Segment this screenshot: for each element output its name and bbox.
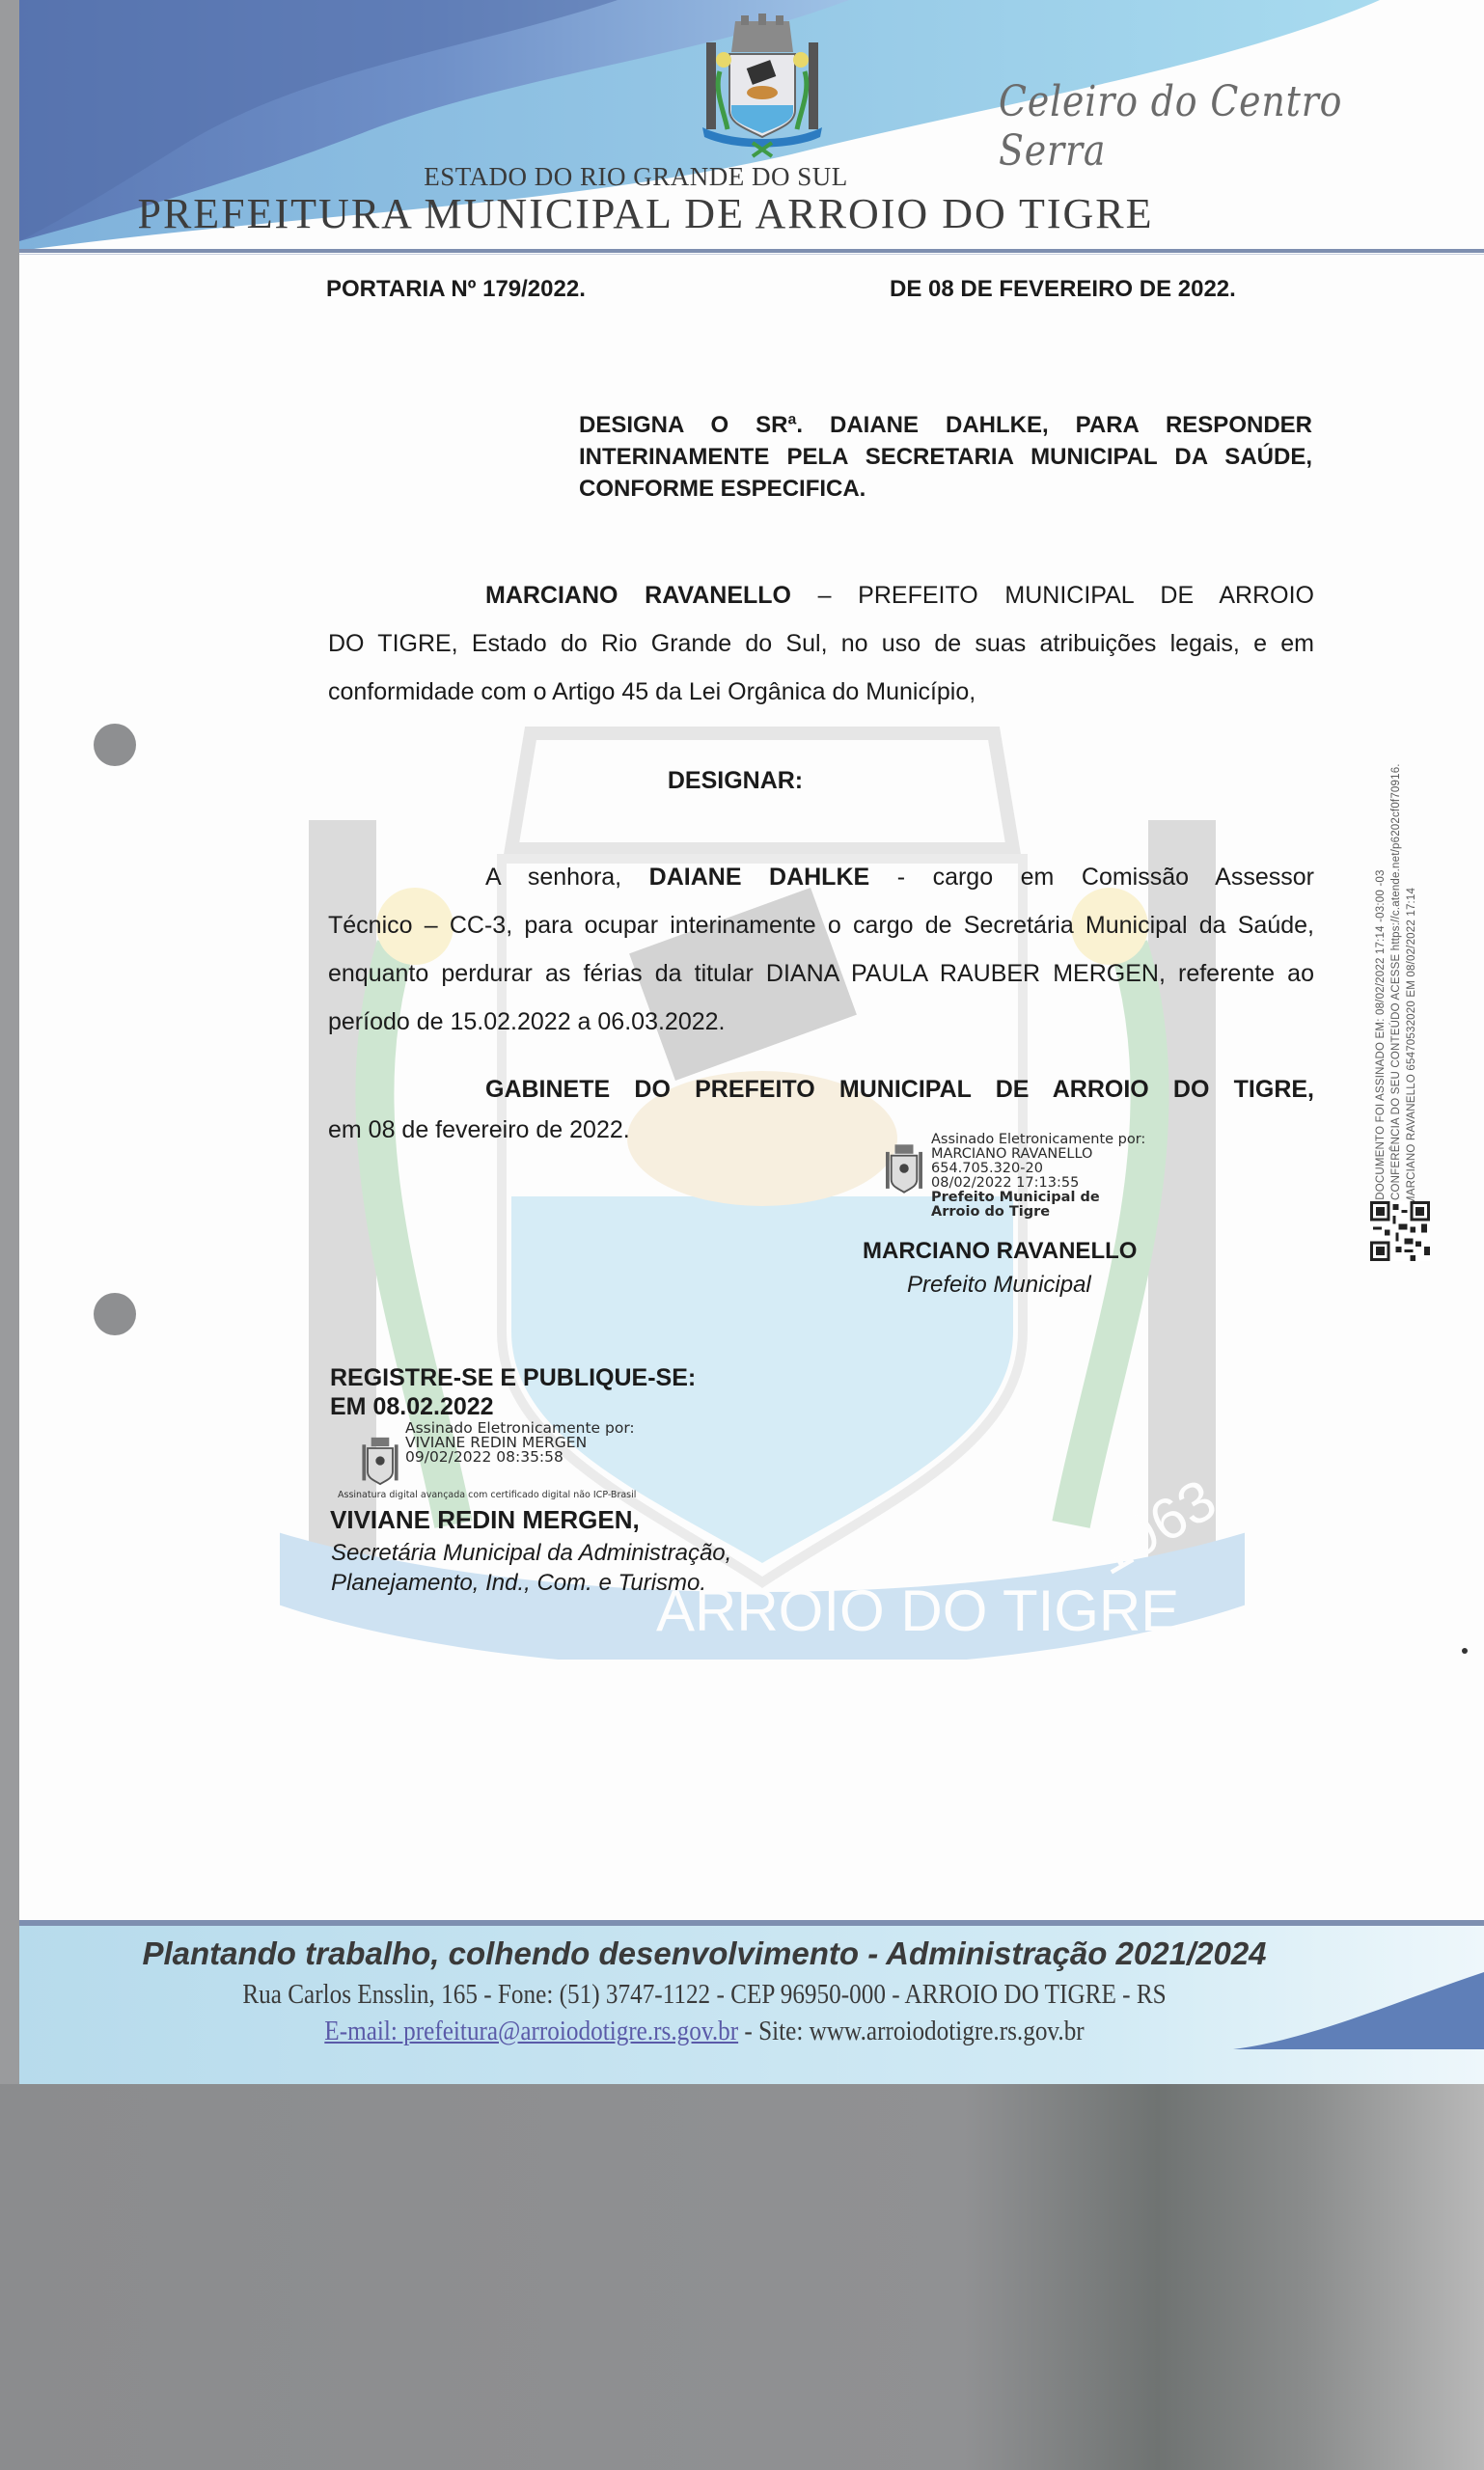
- qr-code-icon[interactable]: [1370, 1201, 1430, 1261]
- closing-paragraph: GABINETE DO PREFEITO MUNICIPAL DE ARROIO…: [328, 1069, 1314, 1150]
- signature-certificate-note: Assinatura digital avançada com certific…: [338, 1490, 656, 1500]
- secretary-electronic-signature: Assinado Eletronicamente por: VIVIANE RE…: [405, 1421, 635, 1465]
- email-link[interactable]: E-mail: prefeitura@arroiodotigre.rs.gov.…: [324, 2017, 738, 2046]
- body-paragraph: A senhora, DAIANE DAHLKE - cargo em Comi…: [328, 853, 1314, 1046]
- ordinance-summary: DESIGNA O SRª. DAIANE DAHLKE, PARA RESPO…: [579, 409, 1312, 505]
- verification-link[interactable]: PARA CONFERÊNCIA DO SEU CONTEÚDO ACESSE …: [1388, 763, 1404, 1233]
- designar-heading: DESIGNAR:: [19, 767, 1468, 795]
- footer-contact: E-mail: prefeitura@arroiodotigre.rs.gov.…: [88, 2017, 1321, 2047]
- footer-slogan: Plantando trabalho, colhendo desenvolvim…: [19, 1935, 1389, 1972]
- mayor-name: MARCIANO RAVANELLO: [863, 1238, 1137, 1265]
- mayor-name-inline: MARCIANO RAVANELLO: [485, 582, 791, 609]
- header-divider-thin: [19, 254, 1484, 255]
- municipal-motto: Celeiro do Centro Serra: [999, 77, 1416, 176]
- register-publish-note: REGISTRE-SE E PUBLIQUE-SE: EM 08.02.2022: [330, 1363, 696, 1421]
- punch-hole: [94, 724, 136, 766]
- municipal-coat-of-arms-icon: [685, 14, 839, 158]
- document-page: Celeiro do Centro Serra ESTADO DO RIO GR…: [19, 0, 1484, 2084]
- signature-seal-icon: [886, 1142, 922, 1194]
- site-text: - Site: www.arroiodotigre.rs.gov.br: [738, 2017, 1085, 2046]
- signature-seal-icon: [361, 1436, 399, 1486]
- scanner-edge: [0, 0, 19, 2084]
- secretary-name: VIVIANE REDIN MERGEN,: [330, 1505, 640, 1535]
- preamble-paragraph: MARCIANO RAVANELLO – PREFEITO MUNICIPAL …: [328, 571, 1314, 716]
- svg-text:ARROIO DO TIGRE: ARROIO DO TIGRE: [656, 1578, 1179, 1643]
- ordinance-number: PORTARIA Nº 179/2022.: [326, 276, 586, 303]
- mayor-role: Prefeito Municipal: [907, 1272, 1091, 1299]
- designee-name: DAIANE DAHLKE: [649, 864, 870, 891]
- footer-address: Rua Carlos Ensslin, 165 - Fone: (51) 374…: [88, 1980, 1321, 2011]
- ordinance-date: DE 08 DE FEVEREIRO DE 2022.: [890, 276, 1236, 303]
- verification-stamp: ESTE DOCUMENTO FOI ASSINADO EM: 08/02/20…: [1373, 763, 1419, 1233]
- punch-hole: [94, 1293, 136, 1335]
- state-name: ESTADO DO RIO GRANDE DO SUL: [19, 162, 1368, 192]
- header-divider: [19, 249, 1484, 253]
- mayor-electronic-signature: Assinado Eletronicamente por: MARCIANO R…: [931, 1133, 1145, 1220]
- municipality-title: PREFEITURA MUNICIPAL DE ARROIO DO TIGRE: [19, 189, 1378, 238]
- secretary-role: Secretária Municipal da Administração, P…: [331, 1538, 731, 1598]
- scan-speck: [1462, 1648, 1468, 1654]
